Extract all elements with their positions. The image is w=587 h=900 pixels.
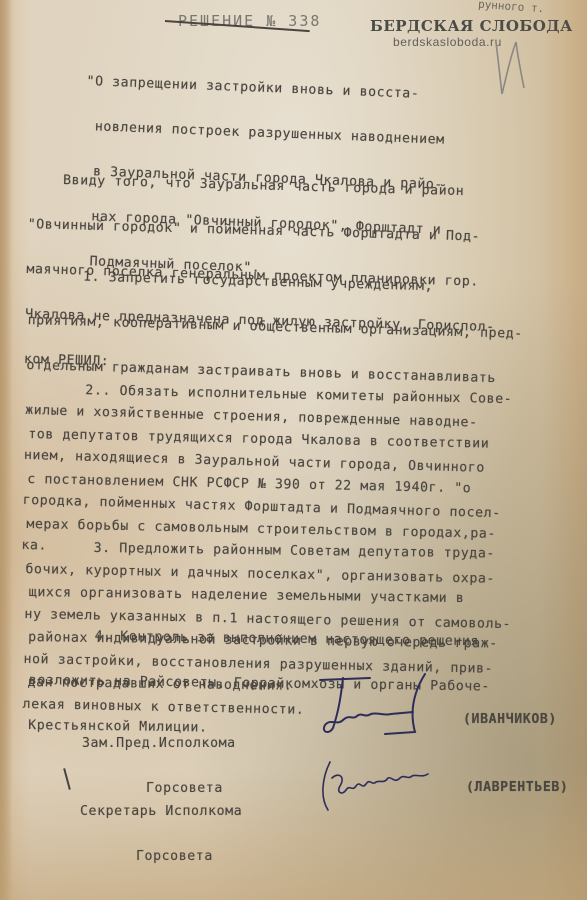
item-line: 4. Контроль за выполнением настоящего ре… bbox=[29, 628, 490, 649]
item-line: приятиям, кооперативным и общественным о… bbox=[27, 313, 523, 342]
item-line: 2.. Обязать исполнительные комитеты райо… bbox=[29, 382, 516, 407]
watermark-url: berdskasloboda.ru bbox=[393, 35, 502, 49]
handwritten-mark-icon bbox=[488, 38, 538, 98]
subject-line: новления построек разрушенных наводнение… bbox=[85, 119, 445, 148]
paper-edge-shadow bbox=[0, 0, 12, 900]
document-page: рунного т. РЕШЕНИЕ № 338 БЕРДСКАЯ СЛОБОД… bbox=[0, 0, 587, 900]
item-line: 1. Запретить государственным учреждениям… bbox=[29, 268, 525, 297]
signature-1-icon bbox=[315, 670, 445, 740]
preamble-line: Ввиду того, что Зауральная часть города … bbox=[29, 172, 499, 200]
position-line: Секретарь Исполкома bbox=[80, 804, 242, 819]
signature-2-icon bbox=[316, 758, 436, 818]
watermark-title: БЕРДСКАЯ СЛОБОДА bbox=[370, 17, 573, 35]
position-line: Зам.Пред.Исполкома bbox=[82, 736, 236, 751]
signer-2-name: (ЛАВРЕНТЬЕВ) bbox=[466, 780, 568, 795]
position-line: Горсовета bbox=[80, 849, 242, 864]
subject-line: "О запрещении застройки вновь и восста- bbox=[86, 74, 446, 103]
cut-off-header-text: рунного т. bbox=[478, 0, 545, 15]
item-line: тов депутатов трудящихся города Чкалова … bbox=[28, 427, 515, 452]
item-line: с постановлением СНК РСФСР № 390 от 22 м… bbox=[27, 472, 514, 497]
signer-1-name: (ИВАНЧИКОВ) bbox=[463, 712, 557, 727]
item-line: 3. Предложить районным Советам депутатов… bbox=[29, 540, 499, 562]
signer-2-position: Секретарь Исполкома Горсовета bbox=[80, 774, 242, 894]
